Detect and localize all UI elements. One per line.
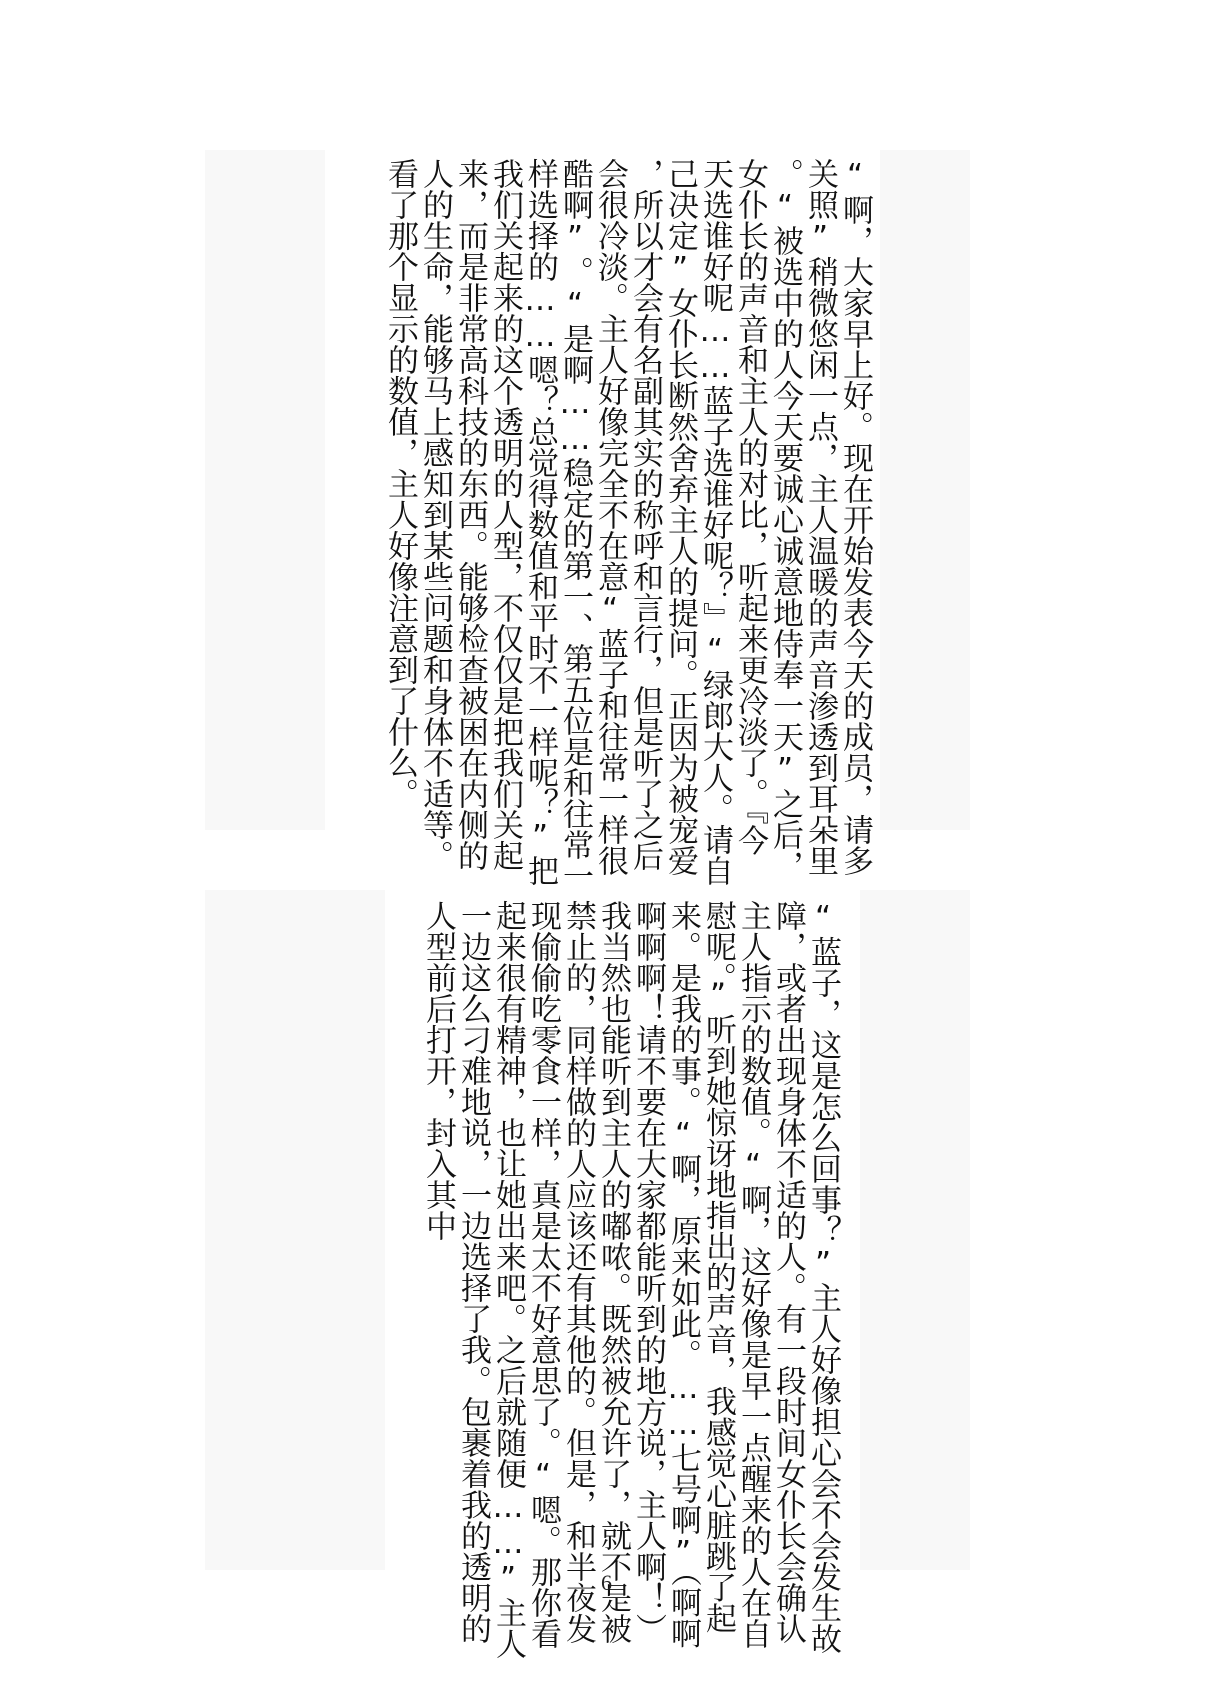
text-column: 女仆长的声音和主人的对比，听起来更冷淡了。『今 [732,158,767,838]
scan-shadow-top-right [880,150,970,830]
text-column: 啊啊啊！请不要在大家都能听到的地方说，主人啊！） [630,900,665,1580]
text-column: 天选谁好呢……蓝子选谁好呢？』“绿郎大人。请自 [697,158,732,838]
text-column: 。“被选中的人今天要诚心诚意地侍奉一天”之后， [767,158,802,838]
text-column: 己决定”女仆长断然舍弃主人的提问。正因为被宠爱 [662,158,697,838]
text-column: 慰呢。”听到她惊讶地指出的声音，我感觉心脏跳了起 [700,900,735,1580]
text-column: 主人指示的数值。“啊，这好像是早一点醒来的人在自 [735,900,770,1580]
text-column: “啊，大家早上好。现在开始发表今天的成员，请多 [837,158,872,838]
text-column: 一边这么刁难地说，一边选择了我。包裹着我的透明的 [455,900,490,1580]
scan-shadow-bottom-right [860,890,970,1570]
scan-shadow-bottom [205,890,385,1570]
text-column: 会很冷淡。主人好像完全不在意“蓝子和往常一样很 [592,158,627,838]
text-column: 我当然也能听到主人的嘟哝。既然被允许了，就不是被 [595,900,630,1580]
text-column: ，所以才会有名副其实的称呼和言行，但是听了之后 [627,158,662,838]
vertical-text-block-lower: “蓝子，这是怎么回事？”主人好像担心会不会发生故 障，或者出现身体不适的人。有一… [420,900,840,1580]
text-column: 酷啊”。“是啊……稳定的第一、第五位是和往常一 [557,158,592,838]
text-column: 禁止的，同样做的人应该还有其他的。但是，和半夜发 [560,900,595,1580]
scan-shadow-top [205,150,325,830]
text-column: 我们关起来的这个透明的人型，不仅仅是把我们关起 [487,158,522,838]
text-column: “蓝子，这是怎么回事？”主人好像担心会不会发生故 [805,900,840,1580]
text-column: 障，或者出现身体不适的人。有一段时间女仆长会确认 [770,900,805,1580]
text-column: 来。是我的事。“啊，原来如此。……七号啊”（啊啊 [665,900,700,1580]
text-column: 人型前后打开，封入其中 [420,900,455,1580]
vertical-text-block-upper: “啊，大家早上好。现在开始发表今天的成员，请多 关照”稍微悠闲一点，主人温暖的声… [382,158,872,838]
text-column: 现偷偷吃零食一样，真是太不好意思了。“嗯。那你看 [525,900,560,1580]
page-number: 6 [0,1570,1213,1596]
text-column: 起来很有精神，也让她出来吧。之后就随便……”主人 [490,900,525,1580]
text-column: 样选择的……嗯？总觉得数值和平时不一样呢？”把 [522,158,557,838]
text-column: 看了那个显示的数值，主人好像注意到了什么。 [382,158,417,838]
text-column: 来，而是非常高科技的东西。能够检查被困在内侧的 [452,158,487,838]
text-column: 人的生命，能够马上感知到某些问题和身体不适等。 [417,158,452,838]
text-column: 关照”稍微悠闲一点，主人温暖的声音渗透到耳朵里 [802,158,837,838]
